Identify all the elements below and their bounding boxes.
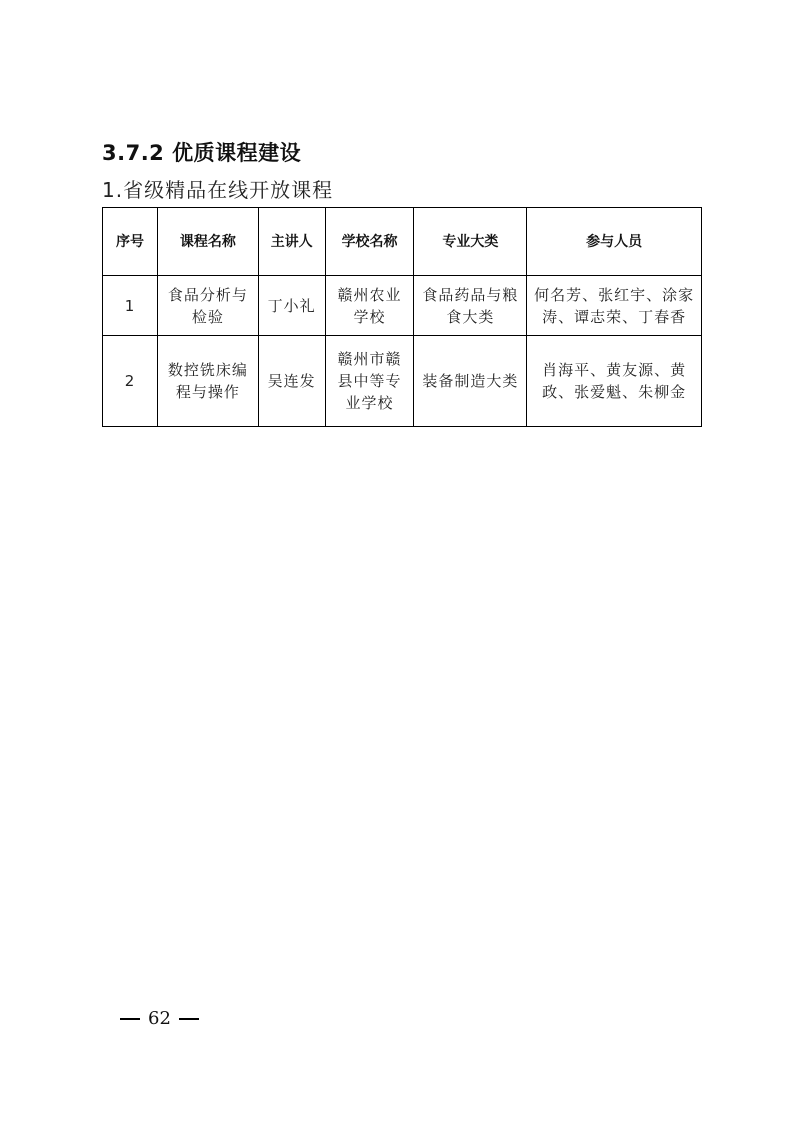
courses-table: 序号 课程名称 主讲人 学校名称 专业大类 参与人员 1 食品分析与检验 丁小礼… [102,207,702,427]
section-heading: 3.7.2 优质课程建设 [102,137,301,167]
dash-right [179,1018,199,1020]
page-number: 62 [148,1008,171,1029]
header-lecturer: 主讲人 [258,208,325,276]
cell-school: 赣州农业学校 [325,276,414,336]
page-footer: 62 [120,1008,199,1029]
header-course: 课程名称 [157,208,258,276]
header-participants: 参与人员 [527,208,702,276]
section-subheading: 1.省级精品在线开放课程 [102,174,333,203]
table-header-row: 序号 课程名称 主讲人 学校名称 专业大类 参与人员 [103,208,702,276]
header-school: 学校名称 [325,208,414,276]
cell-index: 1 [103,276,158,336]
dash-left [120,1018,140,1020]
table-row: 1 食品分析与检验 丁小礼 赣州农业学校 食品药品与粮食大类 何名芳、张红宇、涂… [103,276,702,336]
cell-lecturer: 丁小礼 [258,276,325,336]
cell-index: 2 [103,336,158,427]
cell-category: 装备制造大类 [414,336,527,427]
cell-lecturer: 吴连发 [258,336,325,427]
cell-school: 赣州市赣县中等专业学校 [325,336,414,427]
cell-category: 食品药品与粮食大类 [414,276,527,336]
cell-participants: 肖海平、黄友源、黄政、张爱魁、朱柳金 [527,336,702,427]
header-index: 序号 [103,208,158,276]
cell-course: 食品分析与检验 [157,276,258,336]
table-row: 2 数控铣床编程与操作 吴连发 赣州市赣县中等专业学校 装备制造大类 肖海平、黄… [103,336,702,427]
header-category: 专业大类 [414,208,527,276]
cell-participants: 何名芳、张红宇、涂家涛、谭志荣、丁春香 [527,276,702,336]
cell-course: 数控铣床编程与操作 [157,336,258,427]
